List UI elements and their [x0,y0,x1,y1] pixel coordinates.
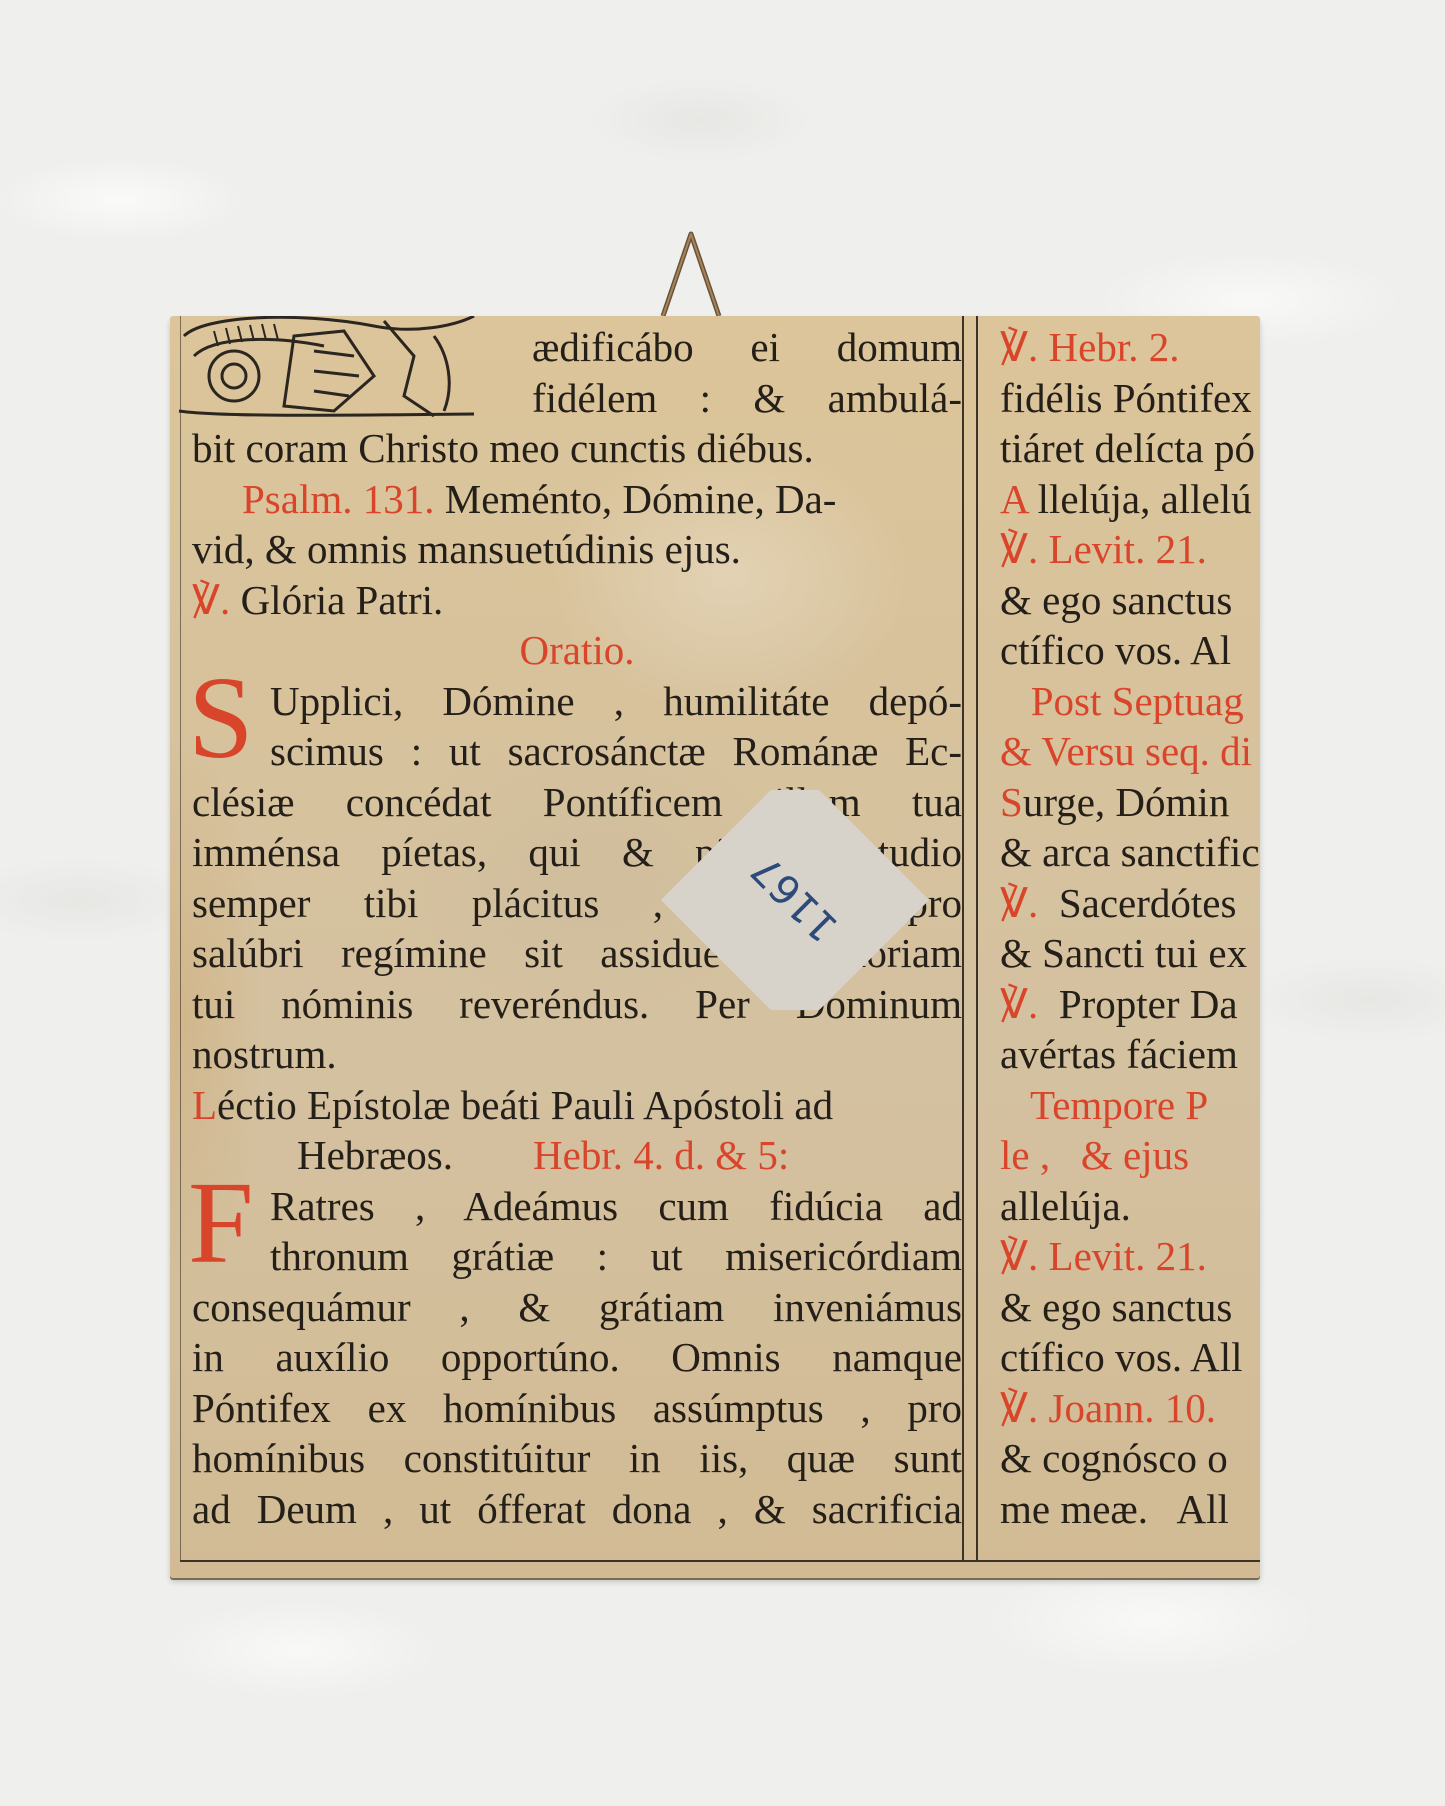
text-line: ℣. Sacerdótes [1000,878,1260,929]
page-margin-rule [180,316,181,1560]
text-line: & arca sanctific [1000,827,1260,878]
text-line: fidélem : & ambulá- [192,373,962,424]
text-line: ædificábo ei domum [192,322,962,373]
text-line: fidélis Póntifex [1000,373,1260,424]
scripture-reference: Hebr. 4. d. & 5: [533,1132,789,1178]
text-line: ad Deum , ut ófferat dona , & sacrificia [192,1484,962,1535]
text-line: Upplici, Dómine , humilitáte depó- [192,676,962,727]
text-line: consequámur , & grátiam inveniámus [192,1282,962,1333]
text-line: avértas fáciem [1000,1029,1260,1080]
text-line: ℣. Levit. 21. [1000,1231,1260,1282]
text-line: homínibus constitúitur in iis, quæ sunt [192,1433,962,1484]
text-line: vid, & omnis mansuetúdinis ejus. [192,524,962,575]
text-line: & Versu seq. di [1000,726,1260,777]
bottom-rule [180,1560,1260,1562]
column-rule-right [976,316,978,1560]
text-line: thronum grátiæ : ut misericórdiam [192,1231,962,1282]
text-line: & ego sanctus [1000,1282,1260,1333]
text-line: tiáret delícta pó [1000,423,1260,474]
right-text-column: ℣. Hebr. 2. fidélis Póntifex tiáret delí… [1000,322,1260,1534]
text-line: & Sancti tui ex [1000,928,1260,979]
text-line: nostrum. [192,1029,962,1080]
text-line: ℣. Levit. 21. [1000,524,1260,575]
text-line: in auxílio opportúno. Omnis namque [192,1332,962,1383]
text-line: & ego sanctus [1000,575,1260,626]
text-line: Léctio Epístolæ beáti Pauli Apóstoli ad [192,1080,962,1131]
text-line: Ratres , Adeámus cum fidúcia ad [192,1181,962,1232]
text-line: scimus : ut sacrosánctæ Románæ Ec- [192,726,962,777]
text-line: me meæ. All [1000,1484,1260,1535]
text-line: A llelúja, allelú [1000,474,1260,525]
text-line: Póntifex ex homínibus assúmptus , pro [192,1383,962,1434]
text-line: Tempore P [1000,1080,1260,1131]
text-line: tui nóminis reveréndus. Per Dominum [192,979,962,1030]
text-line: ℣. Hebr. 2. [1000,322,1260,373]
text-line: ctífico vos. Al [1000,625,1260,676]
text-line: bit coram Christo meo cunctis diébus. [192,423,962,474]
text-line: Hebræos.Hebr. 4. d. & 5: [192,1130,962,1181]
column-rule-left [962,316,964,1560]
section-heading-oratio: Oratio. [192,625,962,676]
text-line: Surge, Dómin [1000,777,1260,828]
text-line: ℣. Propter Da [1000,979,1260,1030]
text-line: ctífico vos. All [1000,1332,1260,1383]
initial-l: L [192,1082,217,1128]
versicle-mark: ℣. [192,577,230,623]
text-line: ℣. Glória Patri. [192,575,962,626]
text-line: Psalm. 131. Meménto, Dómine, Da- [192,474,962,525]
text-line: le , & ejus [1000,1130,1260,1181]
text-line: & cognósco o [1000,1433,1260,1484]
text-line: Post Septuag [1000,676,1260,727]
text-line: allelúja. [1000,1181,1260,1232]
wire-hanger-icon [655,228,727,316]
psalm-reference: Psalm. 131. [242,476,435,522]
text-line: ℣. Joann. 10. [1000,1383,1260,1434]
